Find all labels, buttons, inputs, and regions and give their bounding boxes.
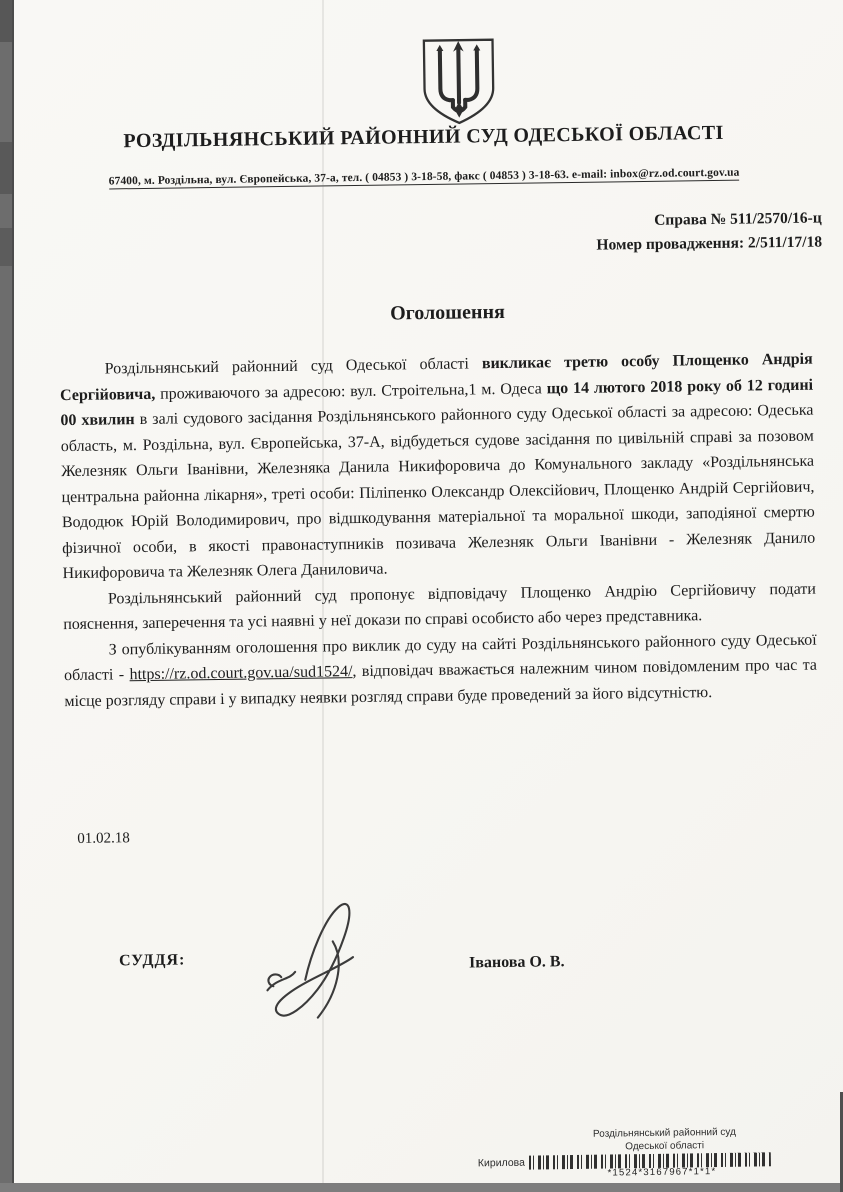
p1-rest: в залі судового засідання Роздільнянсько… xyxy=(61,402,816,582)
case-number: Справа № 511/2570/16-ц xyxy=(596,206,822,233)
court-name: РОЗДІЛЬНЯНСЬКИЙ РАЙОННИЙ СУД ОДЕСЬКОЇ ОБ… xyxy=(43,121,803,155)
clerk-name: Кирилова xyxy=(478,1157,525,1170)
paper-fold-line xyxy=(322,0,324,1183)
case-info-block: Справа № 511/2570/16-ц Номер провадження… xyxy=(596,206,822,257)
document-body: Оголошення Роздільнянський районний суд … xyxy=(59,297,818,714)
letterhead: РОЗДІЛЬНЯНСЬКИЙ РАЙОННИЙ СУД ОДЕСЬКОЇ ОБ… xyxy=(43,121,804,191)
judge-label: СУДДЯ: xyxy=(119,951,186,970)
court-website-url: https://rz.od.court.gov.ua/sud1524/ xyxy=(129,663,352,683)
document-date: 01.02.18 xyxy=(77,830,130,848)
paragraph-publication: З опублікуванням оголошення про виклик д… xyxy=(63,627,817,714)
scan-edge-left xyxy=(0,0,14,1192)
document-content: РОЗДІЛЬНЯНСЬКИЙ РАЙОННИЙ СУД ОДЕСЬКОЇ ОБ… xyxy=(0,0,843,1192)
judge-name: Іванова О. В. xyxy=(469,953,565,972)
document-title: Оголошення xyxy=(59,297,812,331)
proceeding-number: Номер провадження: 2/511/17/18 xyxy=(596,230,822,257)
scanned-page: РОЗДІЛЬНЯНСЬКИЙ РАЙОННИЙ СУД ОДЕСЬКОЇ ОБ… xyxy=(0,0,843,1192)
court-address: 67400, м. Роздільна, вул. Європейська, 3… xyxy=(109,167,740,190)
ukraine-trident-emblem-icon xyxy=(415,37,502,126)
scan-edge-bottom xyxy=(0,1183,843,1192)
p1-mid: проживаючого за адресою: вул. Строітельн… xyxy=(155,380,547,402)
registration-stamp: Роздільнянський районний суд Одеської об… xyxy=(477,1126,818,1181)
p1-pre: Роздільнянський районний суд Одеської об… xyxy=(105,355,482,377)
paragraph-summons: Роздільнянський районний суд Одеської об… xyxy=(60,347,816,587)
judge-signature xyxy=(252,890,414,1032)
